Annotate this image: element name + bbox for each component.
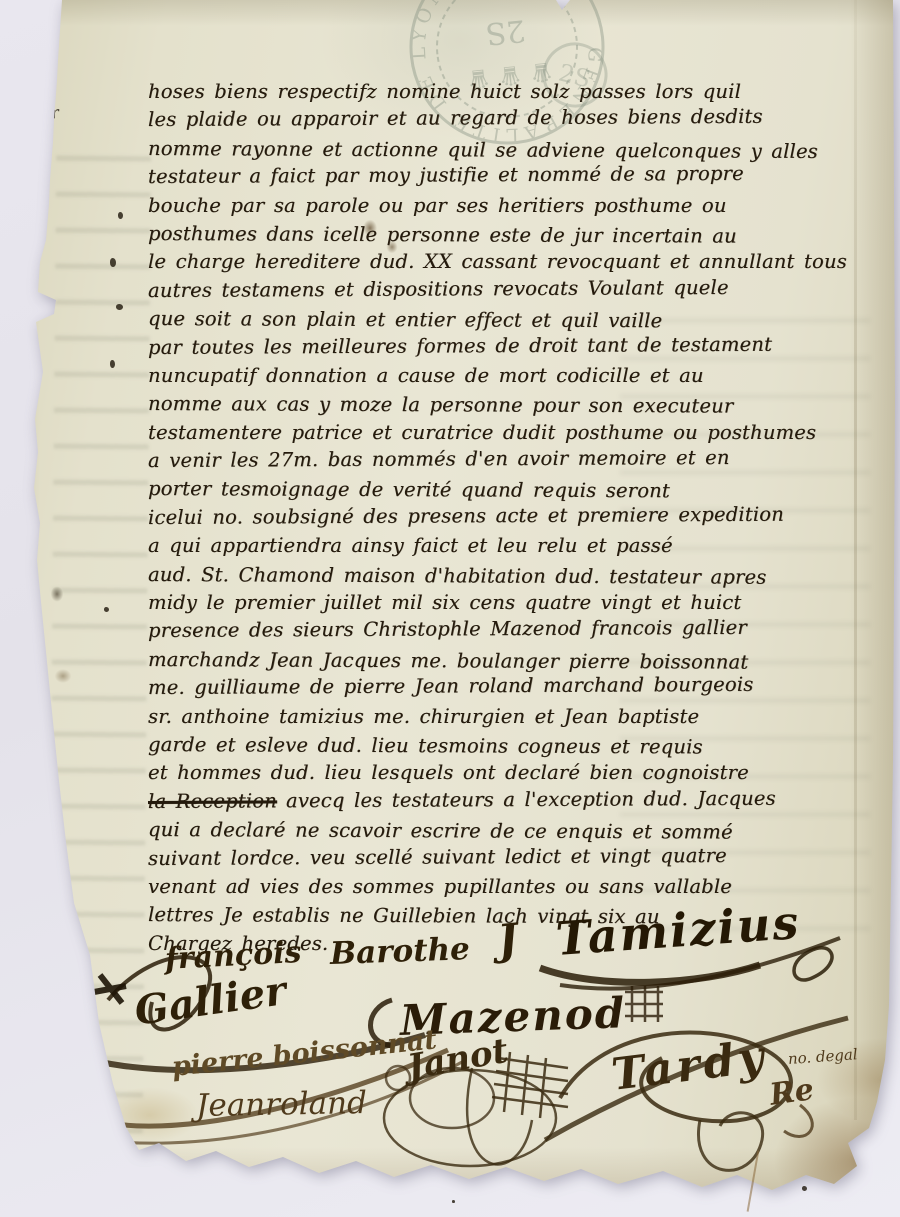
text-line: les plaide ou apparoir et au regard de h… (148, 105, 868, 137)
text-line: me. guilliaume de pierre Jean roland mar… (148, 672, 868, 704)
text-line: nuncupatif donnation a cause de mort cod… (148, 364, 868, 392)
struck-word: la Reception (148, 789, 277, 813)
signature-gallier: Gallier (132, 967, 289, 1035)
text-line: et hommes dud. lieu lesquels ont declaré… (148, 761, 868, 789)
signature-barothe: Barothe (329, 931, 470, 972)
margin-number-mark: 2 (35, 153, 52, 179)
text-line: autres testamens et dispositions revocat… (148, 275, 868, 307)
ink-speck (116, 304, 123, 310)
ink-speck (104, 607, 109, 612)
text-line: testateur a faict par moy justifie et no… (148, 161, 868, 193)
paper-wrapper: GENERALITE DE LYON ♛ ♛ ♛ 2S 2S er 2 hose… (0, 0, 900, 1217)
text-line: le charge hereditere dud. XX cassant rev… (148, 250, 868, 278)
text-line: bouche par sa parole ou par ses heritier… (148, 194, 868, 222)
document-photo: { "stamp": { "arc_text": "GENERALITE DE … (0, 0, 900, 1217)
text-line: a qui appartiendra ainsy faict et leu re… (148, 534, 868, 562)
ink-speck (802, 1186, 807, 1191)
text-line: a venir les 27m. bas nommés d'en avoir m… (148, 445, 868, 477)
signature-re-paraph: Re (768, 1072, 816, 1113)
text-line: suivant lordce. veu scellé suivant ledic… (148, 843, 868, 875)
ink-speck (110, 258, 116, 267)
signature-jeanroland: Jeanroland (196, 1085, 368, 1124)
text-line-with-strikeout: la Receptionavecq les testateurs a l'exc… (148, 786, 868, 818)
text-line: presence des sieurs Christophle Mazenod … (148, 616, 868, 648)
signature-pierre-boissonnat: pierre boissonnat (170, 1024, 438, 1083)
text-line: sr. anthoine tamizius me. chirurgien et … (148, 705, 868, 733)
notary-annotation: no. degal (787, 1045, 858, 1068)
ink-speck (118, 212, 123, 219)
signature-tardy-paraph: Tardy (609, 1031, 771, 1101)
text-line: posthumes dans icelle personne este de j… (148, 222, 868, 254)
margin-mark: er (40, 103, 60, 125)
text-line: par toutes les meilleures formes de droi… (148, 332, 868, 364)
ink-speck (452, 1200, 455, 1203)
manuscript-body: hoses biens respectifz nomine huict solz… (148, 80, 868, 960)
text-line: nomme aux cas y moze la personne pour so… (148, 392, 868, 424)
text-line: avecq les testateurs a l'exception dud. … (286, 786, 776, 812)
text-line: icelui no. soubsigné des presens acte et… (148, 502, 868, 534)
paper-sheet: GENERALITE DE LYON ♛ ♛ ♛ 2S 2S er 2 hose… (0, 0, 900, 1217)
text-line: aud. St. Chamond maison d'habitation dud… (148, 563, 868, 595)
text-line: garde et esleve dud. lieu tesmoins cogne… (148, 733, 868, 765)
ink-speck (110, 360, 115, 368)
stamp-value: 2S (484, 12, 527, 51)
